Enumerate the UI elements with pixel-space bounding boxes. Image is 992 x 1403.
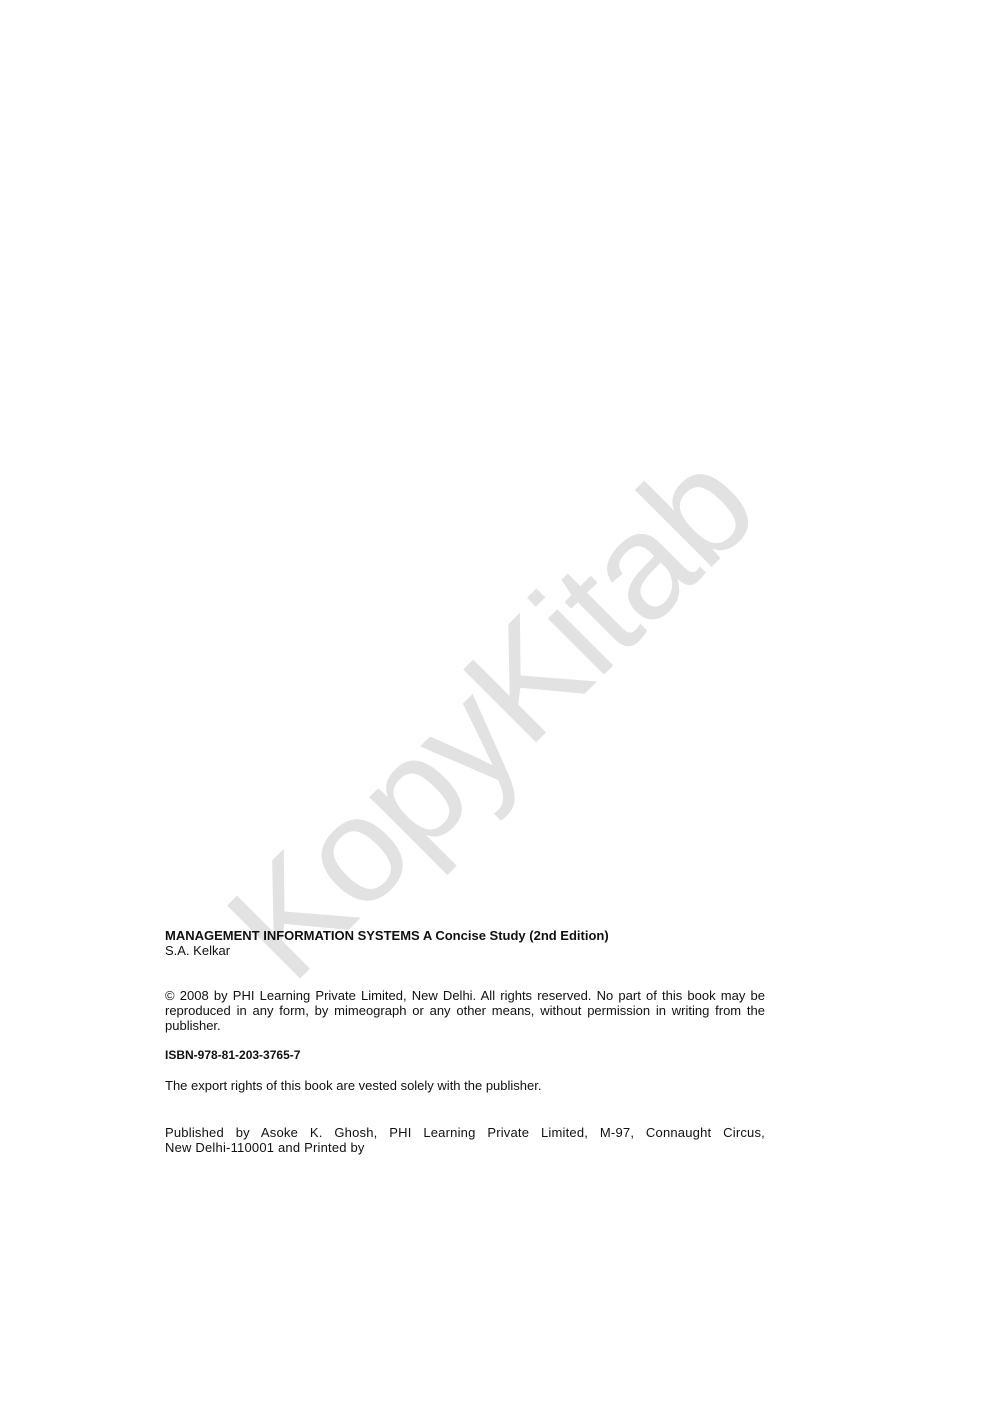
- copyright-notice: © 2008 by PHI Learning Private Limited, …: [165, 988, 765, 1033]
- copyright-line-2: reproduced in any form, by mimeograph or…: [165, 1003, 765, 1018]
- copyright-line-1: © 2008 by PHI Learning Private Limited, …: [165, 988, 765, 1003]
- publisher-info: Published by Asoke K. Ghosh, PHI Learnin…: [165, 1125, 765, 1155]
- publisher-line-1: Published by Asoke K. Ghosh, PHI Learnin…: [165, 1125, 765, 1140]
- isbn: ISBN-978-81-203-3765-7: [165, 1048, 765, 1063]
- copyright-line-3: publisher.: [165, 1018, 765, 1033]
- publisher-line-2: New Delhi-110001 and Printed by: [165, 1140, 765, 1155]
- export-rights: The export rights of this book are veste…: [165, 1078, 765, 1093]
- watermark: KopyKitab: [202, 427, 779, 1004]
- book-title: MANAGEMENT INFORMATION SYSTEMS A Concise…: [165, 928, 765, 943]
- book-author: S.A. Kelkar: [165, 943, 765, 958]
